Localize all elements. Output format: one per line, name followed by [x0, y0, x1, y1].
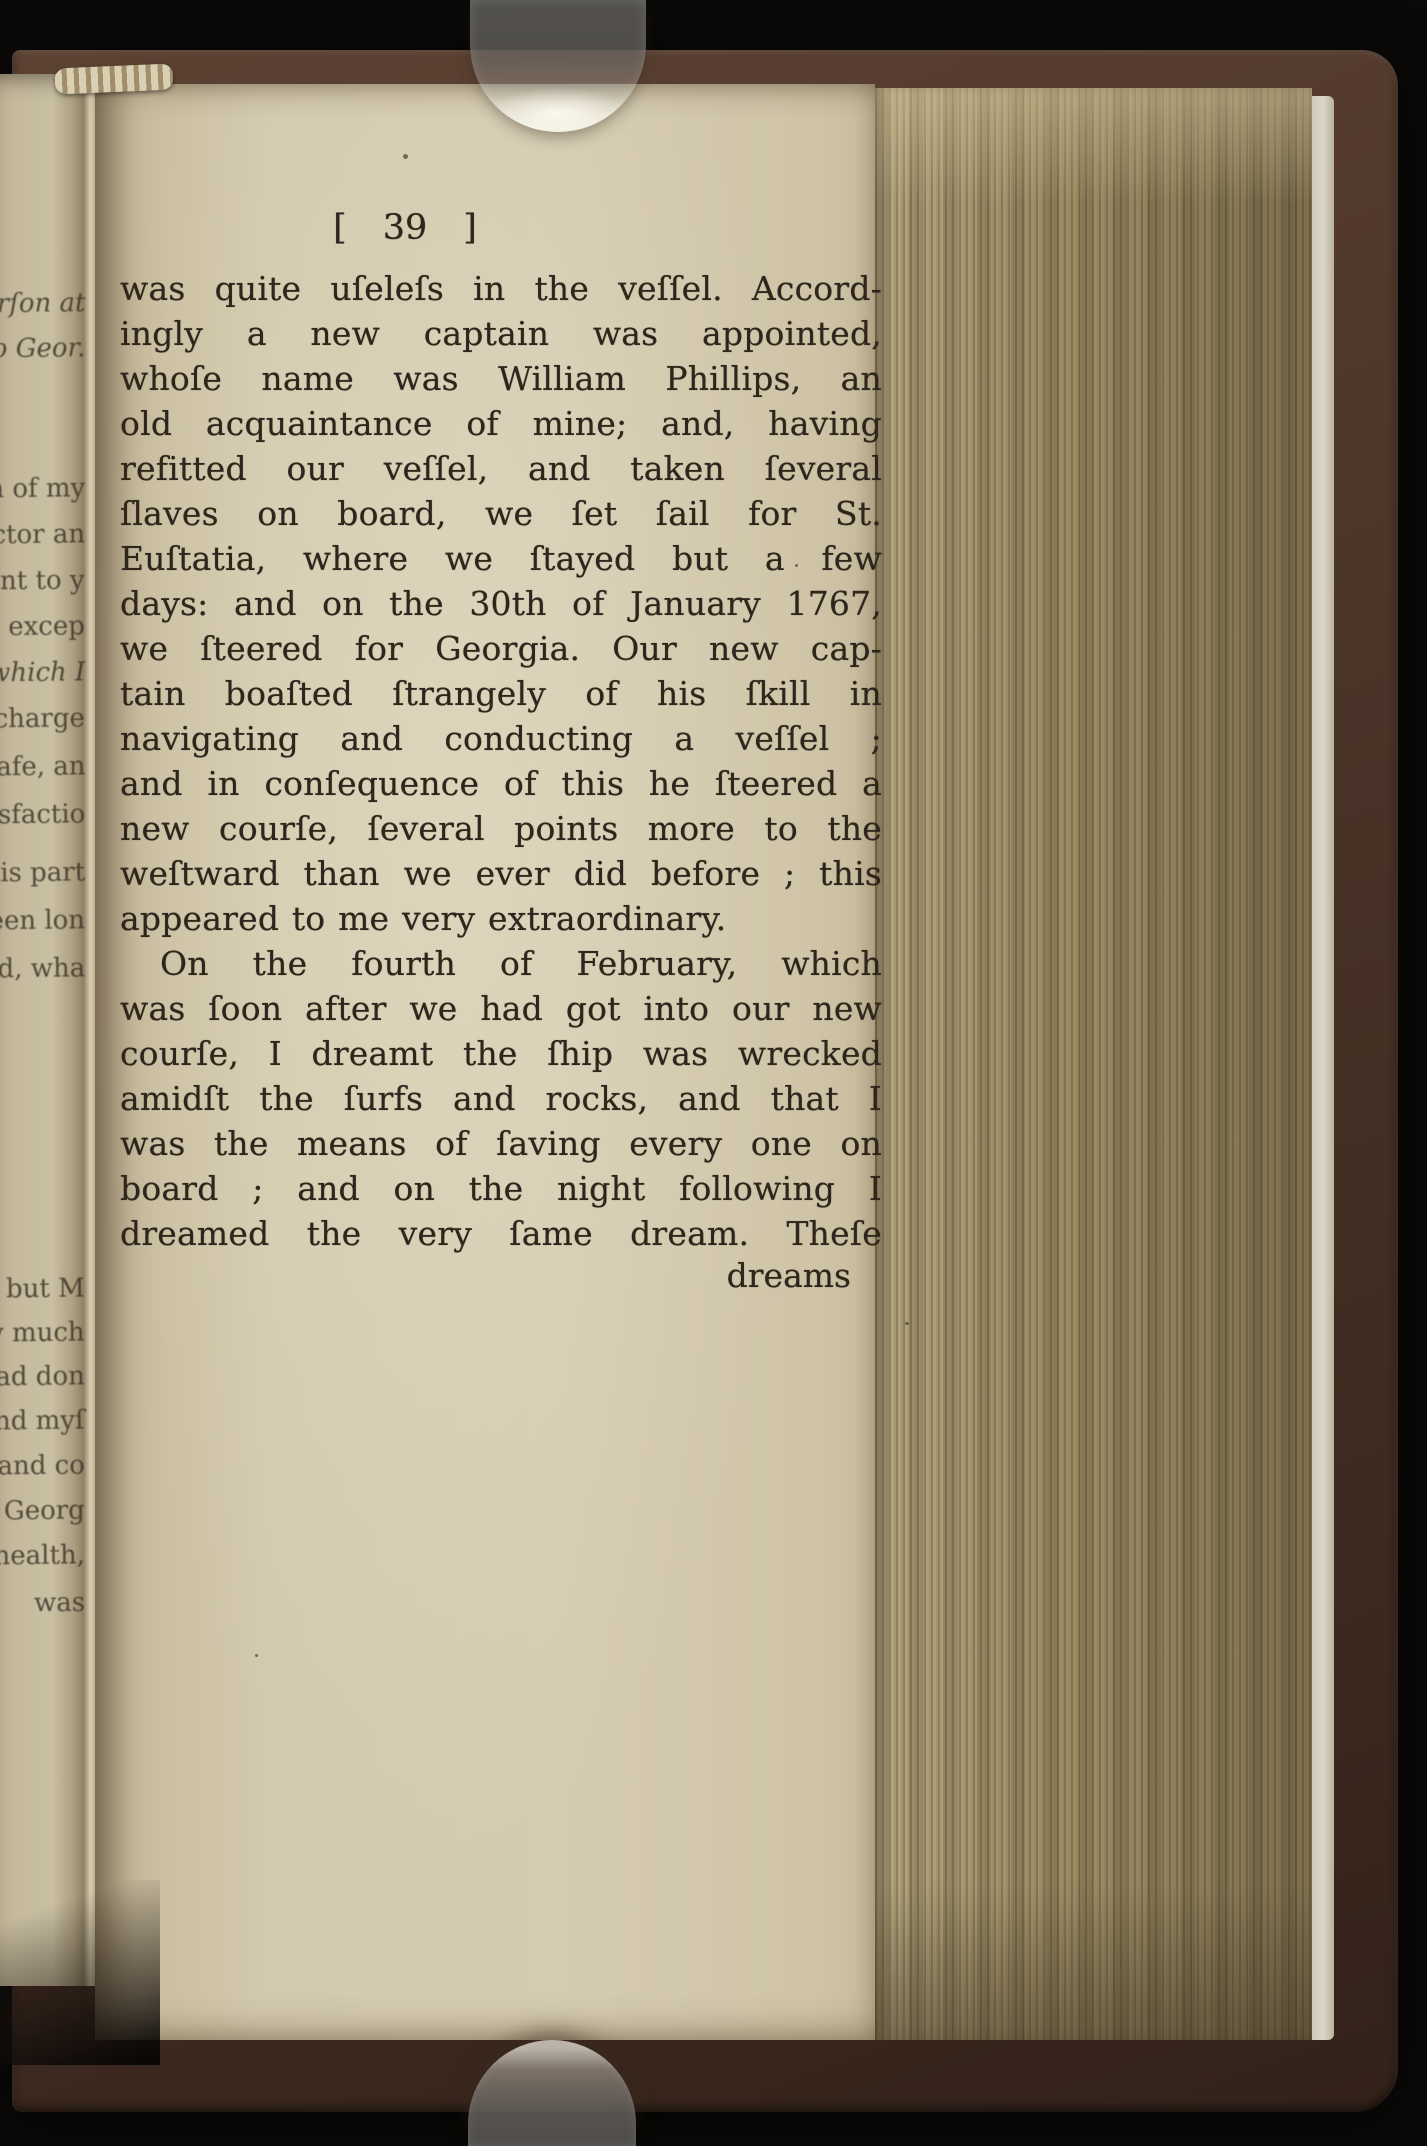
body-line: board ; and on the night following I	[120, 1166, 882, 1211]
facing-page-fragment: d been lon	[0, 907, 85, 934]
body-line: weſtward than we ever did before ; this	[120, 851, 882, 896]
body-line: new courſe, ſeveral points more to the	[120, 806, 882, 851]
body-line: we ſteered for Georgia. Our new cap-	[120, 626, 882, 671]
facing-page-fragment: was	[34, 1590, 85, 1617]
page-number: 39	[383, 208, 428, 248]
paper-speck	[795, 564, 798, 567]
facing-page-fragment: diſcharge	[0, 705, 85, 732]
facing-page-edge: s a, parſon atdieu to Geor.eath of myefa…	[0, 74, 95, 1986]
facing-page-fragment: dieu to Geor.	[0, 335, 85, 363]
body-line: was quite uſeleſs in the veſſel. Accord-	[120, 266, 882, 311]
body-line: days: and on the 30th of January 1767,	[120, 581, 882, 626]
page-number-header: [ 39 ]	[95, 208, 715, 248]
body-line: ingly a new captain was appointed,	[120, 311, 882, 356]
facing-page-fragment: this part	[0, 859, 85, 886]
facing-page-fragment: ; but M	[0, 1275, 85, 1302]
body-line: old acquaintance of mine; and, having	[120, 401, 882, 446]
facing-page-fragment: eath of my	[0, 475, 85, 502]
paper-speck	[905, 1322, 909, 1325]
facing-page-fragment: s a, parſon at	[0, 290, 85, 318]
facing-page-fragment: of health,	[0, 1542, 85, 1569]
body-line: whoſe name was William Phillips, an	[120, 356, 882, 401]
bracket-left: [	[333, 208, 347, 248]
facing-page-fragment: l ſafe, an	[0, 753, 85, 780]
body-line: navigating and conducting a veſſel ;	[120, 716, 882, 761]
page-block-fore-edge	[875, 88, 1312, 2040]
body-line: and in conſequence of this he ſteered a	[120, 761, 882, 806]
facing-page-fragment: efactor an	[0, 521, 85, 548]
body-line: dreamed the very ſame dream. Theſe	[120, 1211, 882, 1256]
body-line: amidſt the ſurfs and rocks, and that I	[120, 1076, 882, 1121]
page-body-text: was quite uſeleſs in the veſſel. Accord-…	[120, 266, 882, 1256]
facing-page-fragment: dies, excep	[0, 613, 85, 641]
facing-page-fragment: y much	[0, 1319, 85, 1346]
paper-speck	[255, 1654, 258, 1657]
gutter-shadow	[0, 1880, 160, 2065]
facing-page-fragment: , and co	[0, 1452, 85, 1479]
facing-page-fragment: o Georg	[0, 1497, 85, 1524]
body-line: was the means of ſaving every one on	[120, 1121, 882, 1166]
body-line: ſlaves on board, we ſet ſail for St.	[120, 491, 882, 536]
paper-speck	[403, 154, 408, 159]
bracket-right: ]	[463, 208, 477, 248]
body-line: refitted our veſſel, and taken ſeveral	[120, 446, 882, 491]
book-page: [ 39 ] was quite uſeleſs in the veſſel. …	[95, 84, 875, 2040]
facing-page-fragment: land, wha	[0, 955, 85, 982]
body-line: appeared to me very extraordinary.	[120, 896, 882, 941]
facing-page-fragment: nd myſ	[0, 1408, 85, 1435]
body-line: was ſoon after we had got into our new	[120, 986, 882, 1031]
facing-page-fragment: e had don	[0, 1363, 85, 1390]
catchword: dreams	[727, 1256, 851, 1295]
headband	[54, 63, 173, 94]
photo-background: s a, parſon atdieu to Geor.eath of myefa…	[0, 0, 1427, 2146]
facing-page-fragment: g, which I	[0, 659, 85, 686]
body-line: courſe, I dreamt the ſhip was wrecked	[120, 1031, 882, 1076]
body-line: tain boaſted ſtrangely of his ſkill in	[120, 671, 882, 716]
body-line: Euſtatia, where we ſtayed but a few	[120, 536, 882, 581]
facing-page-fragment: ment to y	[0, 567, 85, 594]
body-line: On the fourth of February, which	[120, 941, 882, 986]
facing-page-fragment: ſatisfactio	[0, 801, 85, 828]
endpaper-edge	[1312, 96, 1334, 2040]
